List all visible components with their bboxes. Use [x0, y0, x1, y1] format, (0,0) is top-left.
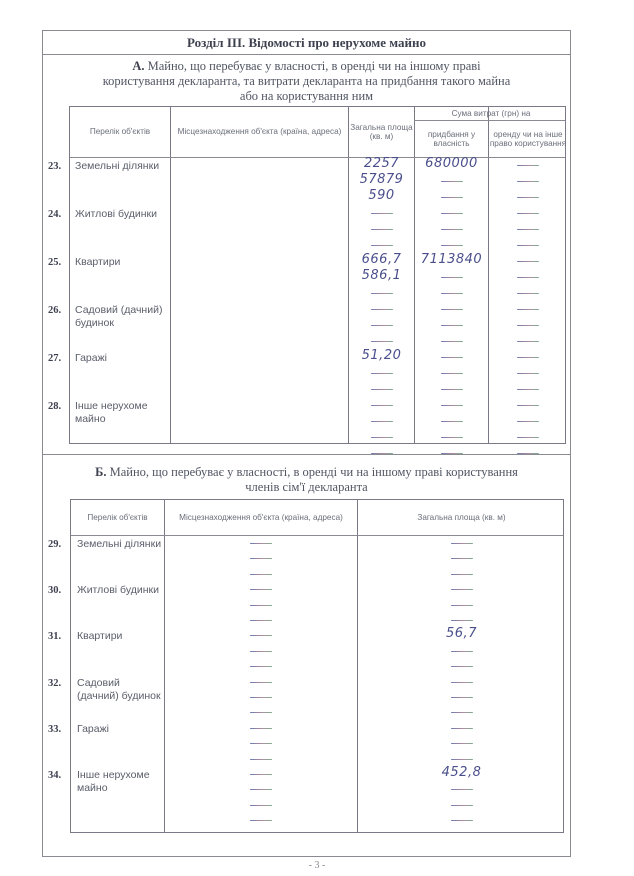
empty-dash	[517, 261, 539, 262]
empty-dash	[451, 605, 473, 606]
empty-dash	[451, 805, 473, 806]
part-a-heading-line1: Майно, що перебуває у власності, в оренд…	[148, 59, 481, 73]
empty-dash	[250, 759, 272, 760]
empty-dash	[250, 682, 272, 683]
empty-dash	[441, 277, 463, 278]
row-label: Житлові будинки	[75, 208, 167, 221]
empty-dash	[517, 325, 539, 326]
empty-dash	[250, 620, 272, 621]
empty-dash	[250, 712, 272, 713]
row-label: Квартири	[75, 256, 167, 269]
empty-dash	[451, 759, 473, 760]
row-number: 28.	[48, 401, 61, 412]
empty-dash	[371, 229, 393, 230]
empty-dash	[250, 651, 272, 652]
header-objects: Перелік об'єктів	[71, 500, 164, 535]
area-value: 590	[349, 188, 414, 203]
row-number: 24.	[48, 209, 61, 220]
empty-dash	[451, 620, 473, 621]
empty-dash	[441, 373, 463, 374]
empty-dash	[451, 743, 473, 744]
area-value: 57879	[349, 172, 414, 187]
empty-dash	[371, 421, 393, 422]
empty-dash	[517, 213, 539, 214]
header-objects: Перелік об'єктів	[70, 107, 170, 157]
part-a-heading-line2: користування декларанта, та витрати декл…	[43, 74, 570, 89]
empty-dash	[250, 743, 272, 744]
purchase-value: 7113840	[415, 252, 488, 267]
row-label: Гаражі	[77, 723, 163, 736]
row-number: 26.	[48, 305, 61, 316]
header-expenses: Сума витрат (грн) на	[415, 107, 567, 120]
empty-dash	[517, 245, 539, 246]
purchase-value: 680000	[415, 156, 488, 171]
header-area: Загальна площа (кв. м)	[358, 500, 565, 535]
empty-dash	[371, 293, 393, 294]
part-a-letter: А.	[132, 59, 144, 73]
empty-dash	[441, 341, 463, 342]
empty-dash	[441, 421, 463, 422]
empty-dash	[451, 697, 473, 698]
header-purchase: придбання у власність	[415, 121, 488, 157]
row-number: 32.	[48, 678, 61, 689]
empty-dash	[517, 405, 539, 406]
part-b-heading-line1: Майно, що перебуває у власності, в оренд…	[110, 465, 518, 479]
empty-dash	[371, 373, 393, 374]
empty-dash	[250, 728, 272, 729]
empty-dash	[451, 651, 473, 652]
empty-dash	[451, 589, 473, 590]
empty-dash	[250, 574, 272, 575]
empty-dash	[250, 666, 272, 667]
empty-dash	[517, 421, 539, 422]
empty-dash	[250, 789, 272, 790]
area-value: 586,1	[349, 268, 414, 283]
row-label: Інше нерухоме майно	[77, 769, 163, 795]
part-b-table: Перелік об'єктів Місцезнаходження об'єкт…	[70, 499, 564, 833]
empty-dash	[517, 197, 539, 198]
area-value: 51,20	[349, 348, 414, 363]
row-number: 31.	[48, 631, 61, 642]
header-location: Місцезнаходження об'єкта (країна, адреса…	[171, 107, 348, 157]
empty-dash	[250, 543, 272, 544]
row-number: 25.	[48, 257, 61, 268]
empty-dash	[451, 682, 473, 683]
empty-dash	[250, 589, 272, 590]
empty-dash	[441, 229, 463, 230]
declaration-form-section: Розділ III. Відомості про нерухоме майно…	[42, 30, 571, 857]
empty-dash	[517, 229, 539, 230]
empty-dash	[517, 437, 539, 438]
empty-dash	[451, 543, 473, 544]
empty-dash	[451, 728, 473, 729]
area-value: 452,8	[358, 765, 565, 780]
empty-dash	[517, 373, 539, 374]
empty-dash	[517, 293, 539, 294]
area-value: 2257	[349, 156, 414, 171]
row-label: Земельні ділянки	[75, 160, 167, 173]
empty-dash	[250, 820, 272, 821]
empty-dash	[250, 635, 272, 636]
empty-dash	[371, 309, 393, 310]
empty-dash	[250, 558, 272, 559]
part-b-heading-line2: членів сім'ї декларанта	[43, 480, 570, 495]
header-rent: оренду чи на інше право користування	[489, 121, 567, 157]
header-location: Місцезнаходження об'єкта (країна, адреса…	[165, 500, 357, 535]
header-area: Загальна площа (кв. м)	[349, 107, 414, 157]
empty-dash	[441, 405, 463, 406]
empty-dash	[517, 341, 539, 342]
part-a-table: Перелік об'єктів Місцезнаходження об'єкт…	[69, 106, 566, 444]
row-label: Земельні ділянки	[77, 538, 163, 551]
empty-dash	[441, 357, 463, 358]
row-label: Квартири	[77, 630, 163, 643]
empty-dash	[451, 712, 473, 713]
row-label: Гаражі	[75, 352, 167, 365]
part-a-heading: А. Майно, що перебуває у власності, в ор…	[43, 59, 570, 74]
page-number: - 3 -	[0, 860, 634, 871]
empty-dash	[517, 309, 539, 310]
row-number: 29.	[48, 539, 61, 550]
empty-dash	[451, 789, 473, 790]
empty-dash	[371, 437, 393, 438]
area-value: 666,7	[349, 252, 414, 267]
empty-dash	[250, 605, 272, 606]
empty-dash	[441, 197, 463, 198]
empty-dash	[451, 574, 473, 575]
row-number: 34.	[48, 770, 61, 781]
row-label: Садовий (дачний) будинок	[75, 304, 167, 330]
empty-dash	[371, 341, 393, 342]
empty-dash	[441, 309, 463, 310]
empty-dash	[451, 666, 473, 667]
empty-dash	[371, 213, 393, 214]
row-number: 33.	[48, 724, 61, 735]
empty-dash	[517, 389, 539, 390]
part-b-heading: Б. Майно, що перебуває у власності, в ор…	[43, 465, 570, 480]
empty-dash	[441, 389, 463, 390]
empty-dash	[250, 805, 272, 806]
empty-dash	[371, 405, 393, 406]
empty-dash	[371, 245, 393, 246]
empty-dash	[517, 181, 539, 182]
part-b-letter: Б.	[95, 465, 106, 479]
empty-dash	[441, 245, 463, 246]
empty-dash	[441, 293, 463, 294]
row-number: 30.	[48, 585, 61, 596]
row-label: Інше нерухоме майно	[75, 400, 167, 426]
empty-dash	[517, 165, 539, 166]
empty-dash	[451, 820, 473, 821]
part-a-heading-line3: або на користування ним	[43, 89, 570, 104]
row-number: 27.	[48, 353, 61, 364]
empty-dash	[517, 357, 539, 358]
empty-dash	[451, 558, 473, 559]
area-value: 56,7	[358, 626, 565, 641]
empty-dash	[371, 389, 393, 390]
empty-dash	[250, 697, 272, 698]
row-number: 23.	[48, 161, 61, 172]
section-title: Розділ III. Відомості про нерухоме майно	[43, 31, 570, 55]
empty-dash	[517, 277, 539, 278]
empty-dash	[441, 181, 463, 182]
empty-dash	[371, 325, 393, 326]
row-label: Житлові будинки	[77, 584, 163, 597]
empty-dash	[441, 437, 463, 438]
empty-dash	[441, 213, 463, 214]
empty-dash	[250, 774, 272, 775]
empty-dash	[441, 325, 463, 326]
row-label: Садовий (дачний) будинок	[77, 677, 163, 703]
